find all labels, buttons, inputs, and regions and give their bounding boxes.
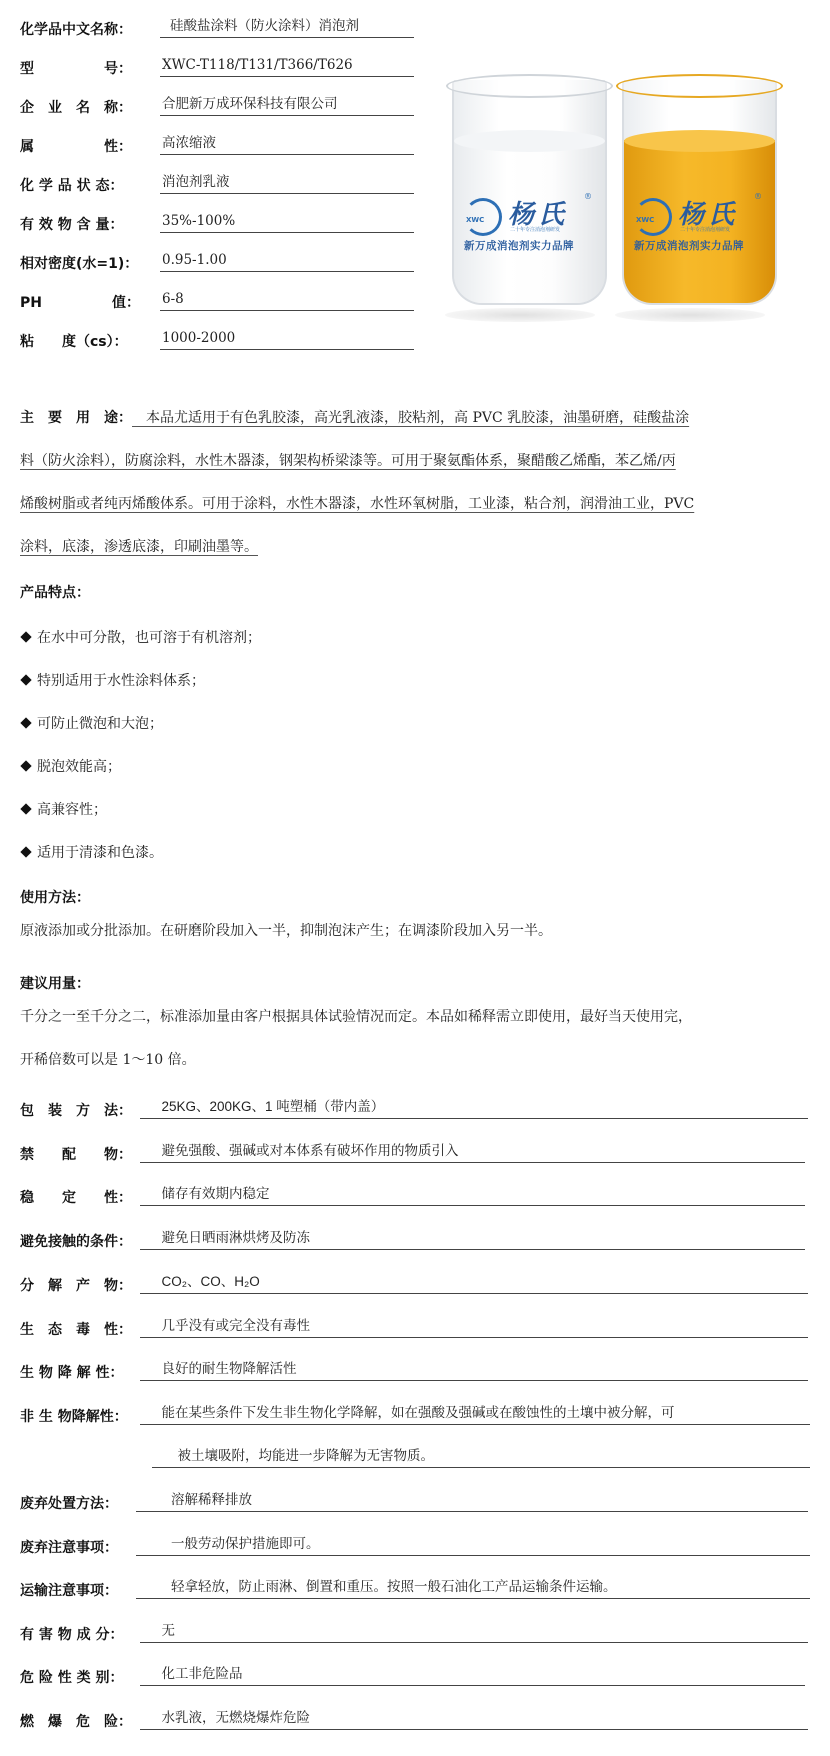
feature-item: 高兼容性； [20, 799, 107, 819]
brand-slogan: 新万成消泡剂实力品牌 [464, 238, 604, 253]
feature-item: 在水中可分散，也可溶于有机溶剂； [20, 627, 261, 647]
spec-value-field: 能在某些条件下发生非生物化学降解，如在强酸及强碱或在酸蚀性的土壤中被分解，可 [140, 1403, 810, 1425]
feature-text: 可防止微泡和大泡； [37, 713, 163, 733]
spec-label: 运输注意事项： [20, 1581, 118, 1601]
spec-label: 型 号： [20, 59, 132, 79]
spec-value-field: 化工非危险品 [140, 1664, 805, 1686]
spec-density: 相对密度(水=1)： [20, 250, 138, 274]
spec-label: 禁 配 物： [20, 1145, 132, 1165]
main-use-line: 主 要 用 途： 本品尤适用于有色乳胶漆，高光乳液漆，胶粘剂，高 PVC 乳胶漆… [20, 397, 810, 440]
spec-incompatible: 禁 配 物： [20, 1141, 132, 1165]
brand-logo: XWC 杨氏 ® 二十年专注消泡剂研发 新万成消泡剂实力品牌 [632, 192, 767, 252]
brand-tagline: 二十年专注消泡剂研发 [680, 226, 730, 233]
spec-value: 储存有效期内稳定 [148, 1184, 270, 1204]
spec-ecotoxicity: 生 态 毒 性： [20, 1316, 132, 1340]
product-image: XWC 杨氏 ® 二十年专注消泡剂研发 新万成消泡剂实力品牌 XWC 杨氏 ® … [440, 60, 825, 330]
spec-decomposition: 分 解 产 物： [20, 1272, 132, 1296]
beaker-amber: XWC 杨氏 ® 二十年专注消泡剂研发 新万成消泡剂实力品牌 [622, 80, 777, 305]
spec-label: 有 害 物 成 分： [20, 1625, 124, 1645]
spec-value-field: 消泡剂乳液 [160, 172, 414, 194]
spec-value: 0.95-1.00 [162, 250, 227, 270]
feature-item: 特别适用于水性涂料体系； [20, 670, 205, 690]
spec-model: 型 号： [20, 55, 132, 79]
spec-label: 非 生 物降解性： [20, 1407, 128, 1427]
usage-text: 原液添加或分批添加。在研磨阶段加入一半，抑制泡沫产生；在调漆阶段加入另一半。 [20, 920, 810, 942]
spec-value: 避免强酸、强碱或对本体系有破坏作用的物质引入 [148, 1141, 459, 1161]
spec-label: 生 物 降 解 性： [20, 1363, 124, 1383]
feature-text: 高兼容性； [37, 799, 107, 819]
spec-value: 35%-100% [162, 211, 235, 231]
feature-text: 在水中可分散，也可溶于有机溶剂； [37, 627, 261, 647]
spec-value-field: 轻拿轻放，防止雨淋、倒置和重压。按照一般石油化工产品运输条件运输。 [136, 1577, 810, 1599]
spec-label: 生 态 毒 性： [20, 1320, 132, 1340]
spec-value-field: 避免强酸、强碱或对本体系有破坏作用的物质引入 [140, 1141, 805, 1163]
dosage-heading: 建议用量： [20, 973, 90, 993]
spec-value: 6-8 [162, 289, 184, 309]
diamond-bullet-icon [20, 803, 31, 814]
spec-value: 合肥新万成环保科技有限公司 [162, 94, 338, 114]
diamond-bullet-icon [20, 760, 31, 771]
spec-value-field: 储存有效期内稳定 [140, 1184, 805, 1206]
spec-label: 废弃注意事项： [20, 1538, 118, 1558]
logo-xwc: XWC [636, 216, 654, 224]
logo-xwc: XWC [466, 216, 484, 224]
spec-value-field: 溶解稀释排放 [136, 1490, 808, 1512]
spec-label: 化 学 品 状 态： [20, 176, 124, 196]
main-use-line: 料（防火涂料），防腐涂料，水性木器漆，钢架构桥梁漆等。可用于聚氨酯体系，聚醋酸乙… [20, 440, 810, 483]
diamond-bullet-icon [20, 846, 31, 857]
main-use-text: 本品尤适用于有色乳胶漆，高光乳液漆，胶粘剂，高 PVC 乳胶漆，油墨研磨，硅酸盐… [132, 410, 689, 426]
brand-slogan: 新万成消泡剂实力品牌 [634, 238, 774, 253]
spec-label: 避免接触的条件： [20, 1232, 132, 1252]
spec-ph: PH 值： [20, 289, 140, 313]
spec-value-field: 35%-100% [160, 211, 414, 233]
spec-value-field: 25KG、200KG、1 吨塑桶（带内盖） [140, 1097, 808, 1119]
spec-value: CO₂、CO、H₂O [148, 1272, 260, 1292]
diamond-bullet-icon [20, 631, 31, 642]
spec-value: 化工非危险品 [148, 1664, 243, 1684]
spec-company: 企 业 名 称： [20, 94, 132, 118]
spec-label: 企 业 名 称： [20, 98, 132, 118]
spec-value-field: 1000-2000 [160, 328, 414, 350]
brand-tagline: 二十年专注消泡剂研发 [510, 226, 560, 233]
spec-disposal-notes: 废弃注意事项： [20, 1534, 118, 1558]
spec-value-field: 0.95-1.00 [160, 250, 414, 272]
spec-value: 消泡剂乳液 [162, 172, 230, 192]
beaker-rim [616, 74, 783, 98]
diamond-bullet-icon [20, 717, 31, 728]
main-use-text: 涂料，底漆，渗透底漆，印刷油墨等。 [20, 539, 258, 555]
beaker-liquid-surface [454, 130, 605, 152]
spec-active-content: 有 效 物 含 量： [20, 211, 124, 235]
spec-avoid-conditions: 避免接触的条件： [20, 1228, 132, 1252]
spec-chemical-name: 化学品中文名称： [20, 16, 132, 40]
spec-label: 属 性： [20, 137, 132, 157]
spec-hazard-category: 危 险 性 类 别： [20, 1664, 124, 1688]
main-use-line: 涂料，底漆，渗透底漆，印刷油墨等。 [20, 526, 810, 569]
beaker-liquid-surface [624, 130, 775, 152]
spec-packaging: 包 装 方 法： [20, 1097, 132, 1121]
main-use: 主 要 用 途： 本品尤适用于有色乳胶漆，高光乳液漆，胶粘剂，高 PVC 乳胶漆… [20, 397, 810, 569]
spec-value-field: 一般劳动保护措施即可。 [136, 1534, 810, 1556]
features-heading: 产品特点： [20, 582, 90, 602]
spec-value-continuation: 被土壤吸附，均能进一步降解为无害物质。 [152, 1446, 810, 1468]
spec-value: 被土壤吸附，均能进一步降解为无害物质。 [164, 1446, 434, 1466]
spec-label: 废弃处置方法： [20, 1494, 118, 1514]
feature-item: 脱泡效能高； [20, 756, 121, 776]
dosage-line: 千分之一至千分之二，标准添加量由客户根据具体试验情况而定。本品如稀释需立即使用，… [20, 1006, 810, 1028]
registered-icon: ® [754, 192, 762, 201]
spec-label: 包 装 方 法： [20, 1101, 132, 1121]
spec-value: 无 [148, 1621, 175, 1641]
feature-text: 特别适用于水性涂料体系； [37, 670, 205, 690]
spec-label: 燃 爆 危 险： [20, 1712, 132, 1732]
beaker-white: XWC 杨氏 ® 二十年专注消泡剂研发 新万成消泡剂实力品牌 [452, 80, 607, 305]
main-use-text: 烯酸树脂或者纯丙烯酸体系。可用于涂料，水性木器漆，水性环氧树脂，工业漆，粘合剂，… [20, 496, 694, 512]
spec-value: 硅酸盐涂料（防火涂料）消泡剂 [170, 16, 359, 36]
spec-value: 良好的耐生物降解活性 [148, 1359, 297, 1379]
spec-abiotic-degradation: 非 生 物降解性： [20, 1403, 128, 1427]
feature-item: 适用于清漆和色漆。 [20, 842, 163, 862]
spec-biodegradability: 生 物 降 解 性： [20, 1359, 124, 1383]
spec-value-field: 高浓缩液 [160, 133, 414, 155]
spec-value-field: 硅酸盐涂料（防火涂料）消泡剂 [160, 16, 414, 38]
registered-icon: ® [584, 192, 592, 201]
spec-label: 危 险 性 类 别： [20, 1668, 124, 1688]
spec-value-field: 良好的耐生物降解活性 [140, 1359, 808, 1381]
spec-label: 粘 度（cs）： [20, 332, 128, 352]
spec-value-field: 水乳液，无燃烧爆炸危险 [140, 1708, 808, 1730]
spec-value: 轻拿轻放，防止雨淋、倒置和重压。按照一般石油化工产品运输条件运输。 [144, 1577, 617, 1597]
beaker-shadow [615, 308, 765, 322]
spec-label: 分 解 产 物： [20, 1276, 132, 1296]
spec-value-field: 几乎没有或完全没有毒性 [140, 1316, 808, 1338]
spec-label: 相对密度(水=1)： [20, 254, 138, 274]
feature-text: 脱泡效能高； [37, 756, 121, 776]
spec-label: 化学品中文名称： [20, 20, 132, 40]
beaker-shadow [445, 308, 595, 322]
spec-value: 能在某些条件下发生非生物化学降解，如在强酸及强碱或在酸蚀性的土壤中被分解，可 [148, 1403, 675, 1423]
spec-disposal-method: 废弃处置方法： [20, 1490, 118, 1514]
spec-explosion-hazard: 燃 爆 危 险： [20, 1708, 132, 1732]
spec-hazardous-components: 有 害 物 成 分： [20, 1621, 124, 1645]
spec-viscosity: 粘 度（cs）： [20, 328, 128, 352]
spec-stability: 稳 定 性： [20, 1184, 132, 1208]
spec-property: 属 性： [20, 133, 132, 157]
spec-value: 1000-2000 [162, 328, 235, 348]
spec-value-field: 合肥新万成环保科技有限公司 [160, 94, 414, 116]
main-use-text: 料（防火涂料），防腐涂料，水性木器漆，钢架构桥梁漆等。可用于聚氨酯体系，聚醋酸乙… [20, 453, 676, 469]
spec-value-field: XWC-T118/T131/T366/T626 [160, 55, 414, 77]
feature-text: 适用于清漆和色漆。 [37, 842, 163, 862]
main-use-line: 烯酸树脂或者纯丙烯酸体系。可用于涂料，水性木器漆，水性环氧树脂，工业漆，粘合剂，… [20, 483, 810, 526]
spec-value: 几乎没有或完全没有毒性 [148, 1316, 310, 1336]
spec-state: 化 学 品 状 态： [20, 172, 124, 196]
spec-value: 高浓缩液 [162, 133, 216, 153]
feature-item: 可防止微泡和大泡； [20, 713, 163, 733]
spec-value: 一般劳动保护措施即可。 [144, 1534, 320, 1554]
diamond-bullet-icon [20, 674, 31, 685]
spec-value: XWC-T118/T131/T366/T626 [162, 55, 353, 75]
spec-value: 避免日晒雨淋烘烤及防冻 [148, 1228, 310, 1248]
dosage-line: 开稀倍数可以是 1～10 倍。 [20, 1049, 810, 1071]
spec-value: 溶解稀释排放 [144, 1490, 252, 1510]
beaker-rim [446, 74, 613, 98]
spec-value-field: 避免日晒雨淋烘烤及防冻 [140, 1228, 805, 1250]
spec-value-field: 6-8 [160, 289, 414, 311]
spec-value: 25KG、200KG、1 吨塑桶（带内盖） [148, 1097, 384, 1117]
spec-label: 稳 定 性： [20, 1188, 132, 1208]
usage-heading: 使用方法： [20, 887, 90, 907]
spec-value-field: CO₂、CO、H₂O [140, 1272, 808, 1294]
spec-value: 水乳液，无燃烧爆炸危险 [148, 1708, 310, 1728]
main-use-label: 主 要 用 途： [20, 397, 132, 440]
spec-label: PH 值： [20, 293, 140, 313]
spec-transport-notes: 运输注意事项： [20, 1577, 118, 1601]
brand-logo: XWC 杨氏 ® 二十年专注消泡剂研发 新万成消泡剂实力品牌 [462, 192, 597, 252]
spec-value-field: 无 [140, 1621, 808, 1643]
spec-label: 有 效 物 含 量： [20, 215, 124, 235]
